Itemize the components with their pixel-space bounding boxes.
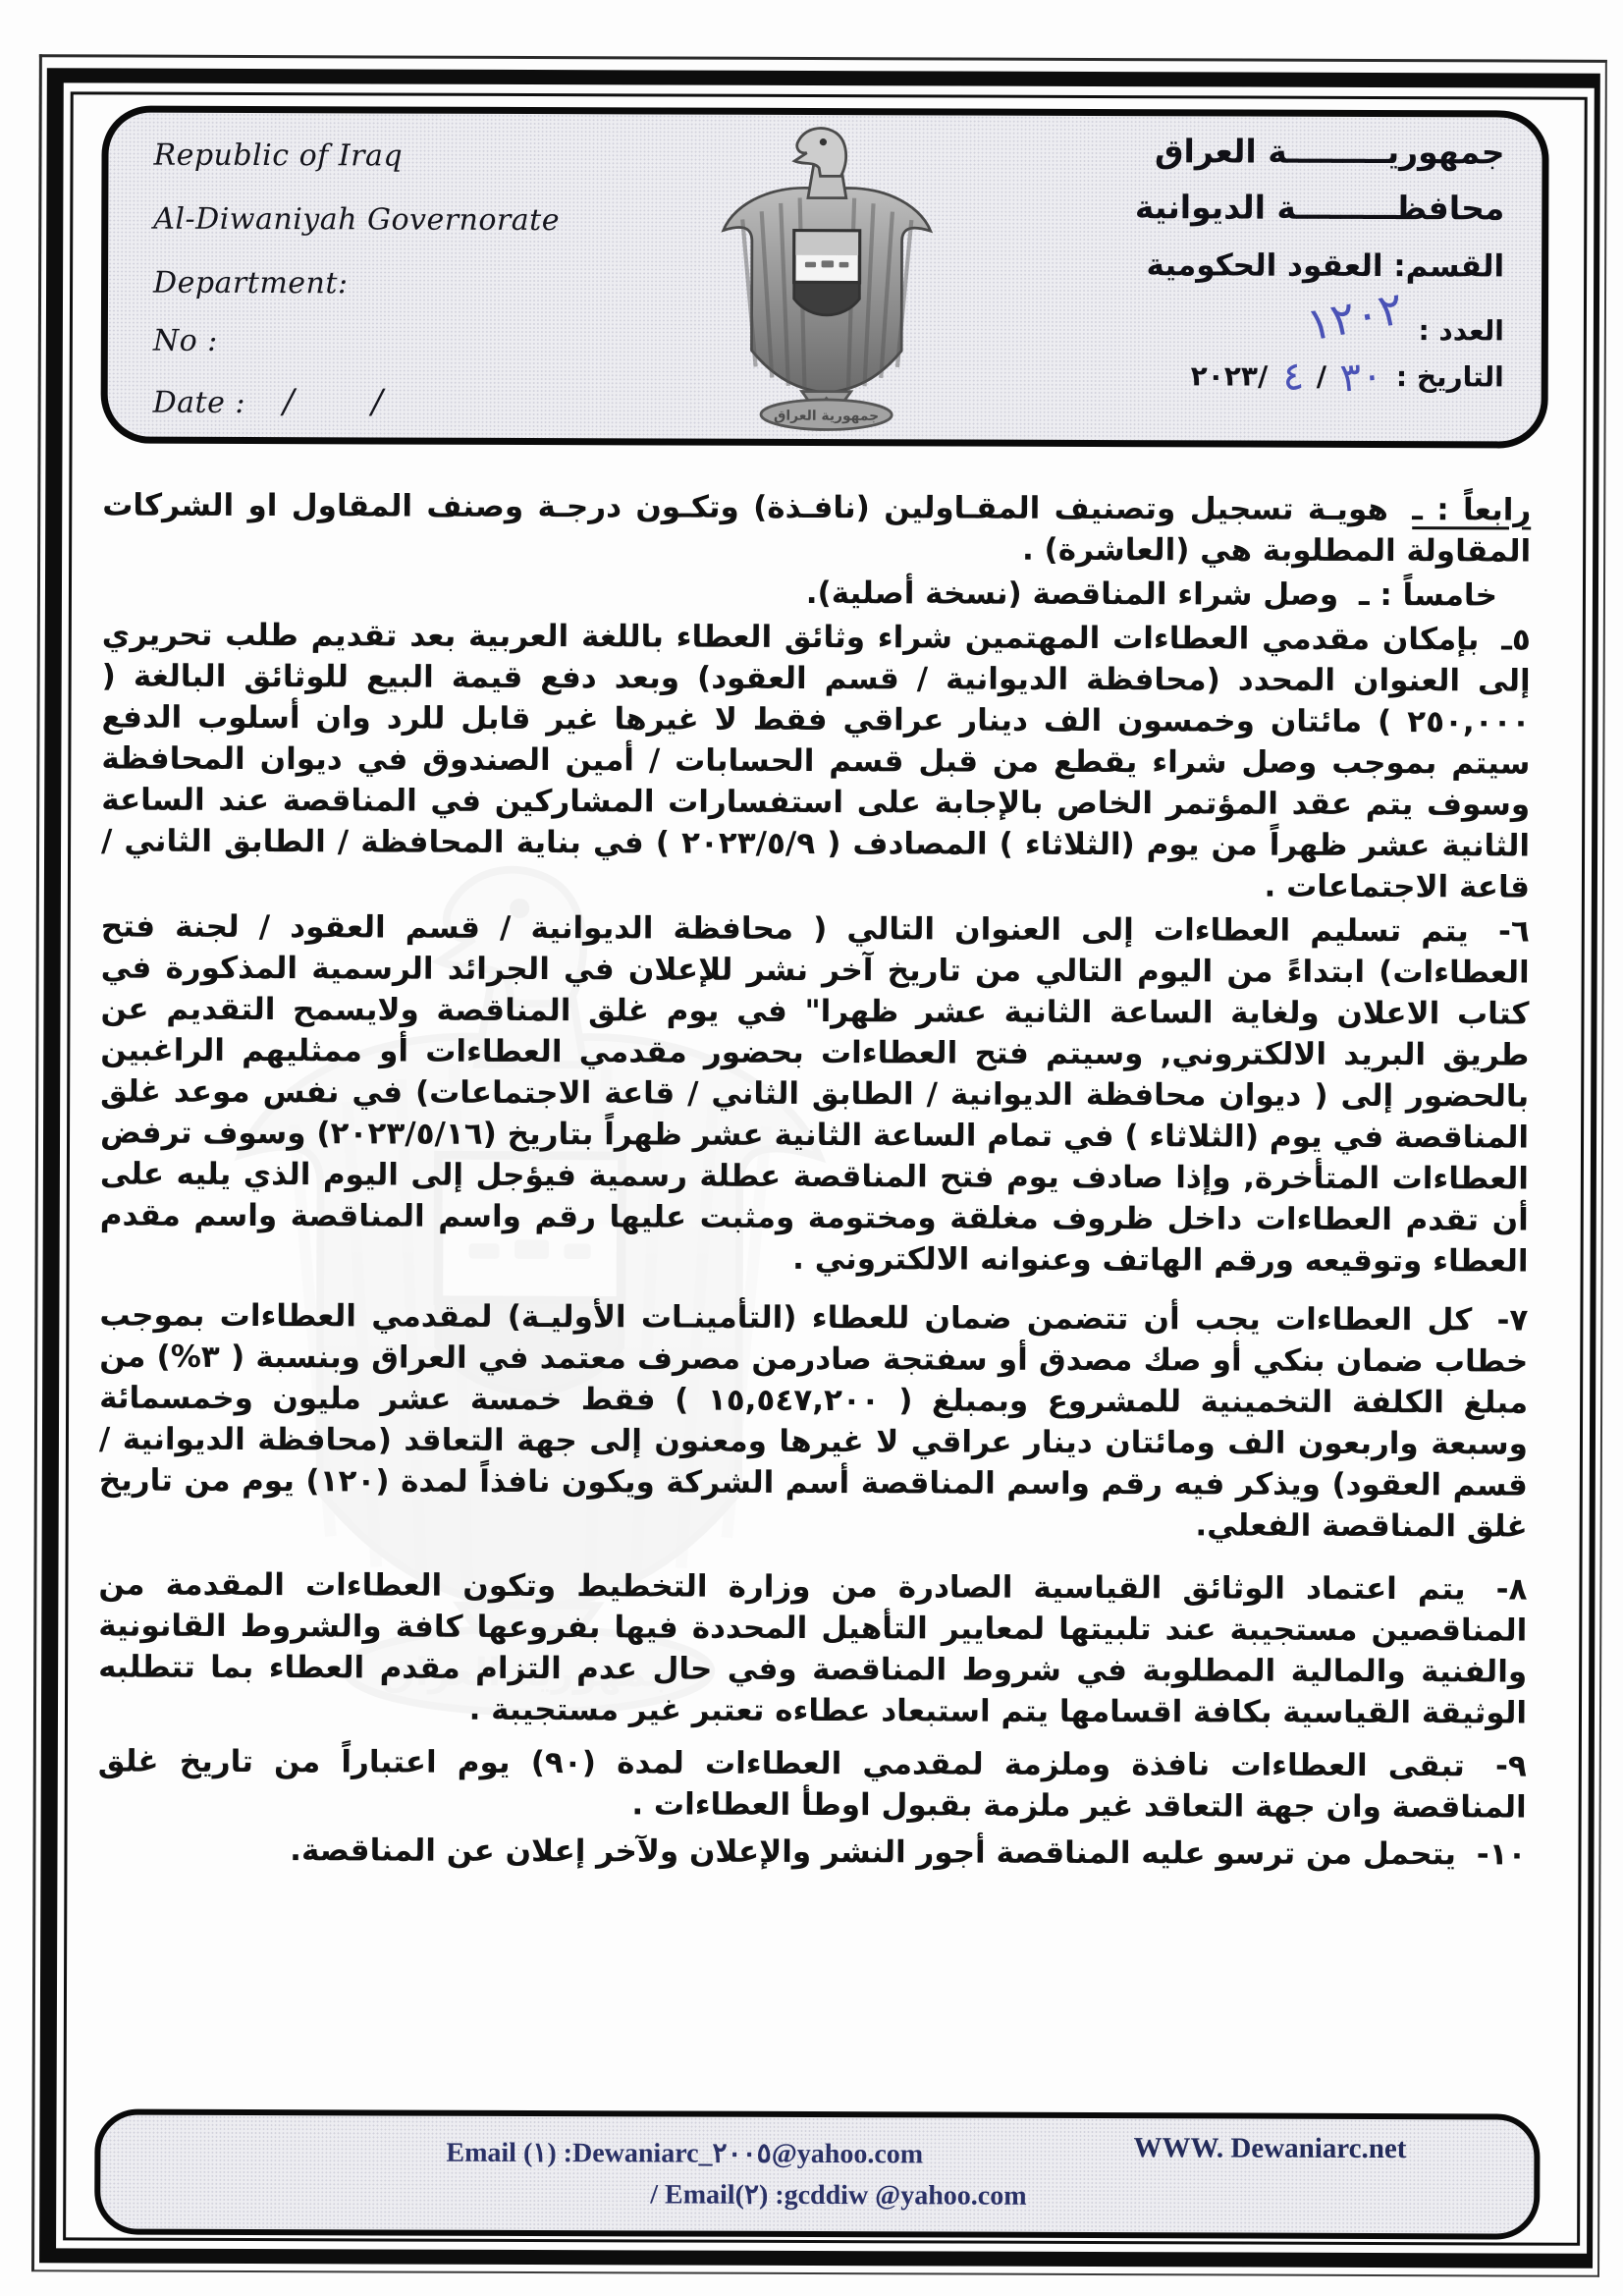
date-month-handwritten: ٤ [1280, 354, 1305, 401]
clause-7: ٧- كل العطاءات يجب أن تتضمن ضمان للعطاء … [99, 1294, 1529, 1547]
english-date-row: Date : / / [153, 382, 560, 422]
english-number: No : [153, 324, 560, 359]
clause-lead: ٧- [1497, 1302, 1529, 1338]
date-year: ٢٠٢٣/ [1191, 359, 1269, 392]
clause-8: ٨- يتم اعتماد الوثائق القياسية الصادرة م… [98, 1563, 1528, 1733]
english-date-label: Date : [153, 386, 246, 420]
clause-text: يتحمل من ترسو عليه المناقصة أجور النشر و… [290, 1832, 1456, 1872]
clause-text: هويـة تسجيل وتصنيف المقـاولين (نافـذة) و… [102, 487, 1531, 569]
clause-lead: رابعاً : ـ [1412, 492, 1531, 527]
document-date-row: ٢٠٢٣/ ٤ / ٣٠ التاريخ : [1191, 350, 1504, 396]
clause-text: وصل شراء المناقصة (نسخة أصلية). [806, 575, 1339, 613]
clause-6: ٦- يتم تسليم العطاءات إلى العنوان التالي… [100, 905, 1530, 1282]
clause-lead: ٦- [1498, 913, 1530, 949]
document-number-label: العدد : [1418, 314, 1504, 347]
clause-text: كل العطاءات يجب أن تتضمن ضمان للعطاء (ال… [99, 1297, 1529, 1544]
document-number-row: ١٢٠٢ العدد : [1308, 298, 1504, 350]
footer-email-1: Email (١) :Dewaniarc_٢٠٠٥@yahoo.com [446, 2136, 923, 2171]
date-day-handwritten: ٣٠ [1338, 353, 1384, 401]
clause-lead: ٨- [1496, 1571, 1528, 1607]
clause-fourth: رابعاً : ـ هويـة تسجيل وتصنيف المقـاولين… [102, 484, 1531, 572]
date-label: التاريخ : [1396, 360, 1504, 393]
english-country: Republic of Iraq [153, 138, 560, 174]
clause-10: ١٠- يتحمل من ترسو عليه المناقصة أجور الن… [97, 1829, 1526, 1875]
clause-text: يتم اعتماد الوثائق القياسية الصادرة من و… [98, 1566, 1527, 1730]
arabic-governorate: محافظـــــــــة الديوانية [1135, 188, 1505, 227]
clause-9: ٩- تبقى العطاءات نافذة وملزمة لمقدمي الع… [98, 1740, 1527, 1828]
letterhead-english: Republic of Iraq Al-Diwaniyah Governorat… [152, 138, 560, 452]
clause-fifth: خامساً : ـ وصل شراء المناقصة (نسخة أصلية… [102, 570, 1531, 616]
footer-contact-box: Email (١) :Dewaniarc_٢٠٠٥@yahoo.com WWW.… [94, 2108, 1540, 2239]
english-department: Department: [153, 266, 560, 301]
clause-text: بإمكان مقدمي العطاءات المهتمين شراء وثائ… [101, 617, 1531, 904]
arabic-country: جمهوريـــــــــة العراق [1155, 132, 1505, 171]
clause-lead: ٥ـ [1501, 622, 1531, 657]
date-slash: / [1317, 360, 1326, 393]
iraq-eagle-emblem [664, 118, 991, 435]
scanned-document-page: Republic of Iraq Al-Diwaniyah Governorat… [0, 0, 1623, 2296]
clause-text: تبقى العطاءات نافذة وملزمة لمقدمي العطاء… [98, 1743, 1527, 1825]
clause-lead: ٩- [1495, 1748, 1527, 1783]
english-date-slashes: / / [283, 382, 416, 421]
letterhead-box: Republic of Iraq Al-Diwaniyah Governorat… [101, 105, 1549, 448]
footer-website: WWW. Dewaniarc.net [1133, 2132, 1406, 2165]
arabic-department: القسم: العقود الحكومية [1147, 247, 1505, 284]
english-governorate: Al-Diwaniyah Governorate [153, 202, 560, 238]
clause-5: ٥ـ بإمكان مقدمي العطاءات المهتمين شراء و… [101, 614, 1531, 907]
letterhead-arabic: جمهوريـــــــــة العراق محافظـــــــــة … [1134, 132, 1504, 396]
clause-lead: ١٠- [1477, 1836, 1527, 1872]
document-number-handwritten: ١٢٠٢ [1302, 281, 1407, 352]
document-body: رابعاً : ـ هويـة تسجيل وتصنيف المقـاولين… [97, 484, 1531, 1878]
footer-email-2: / Email(٢) :gcddiw @yahoo.com [650, 2177, 1026, 2212]
clause-lead: خامساً : ـ [1359, 577, 1497, 613]
clause-text: يتم تسليم العطاءات إلى العنوان التالي ( … [100, 908, 1530, 1279]
